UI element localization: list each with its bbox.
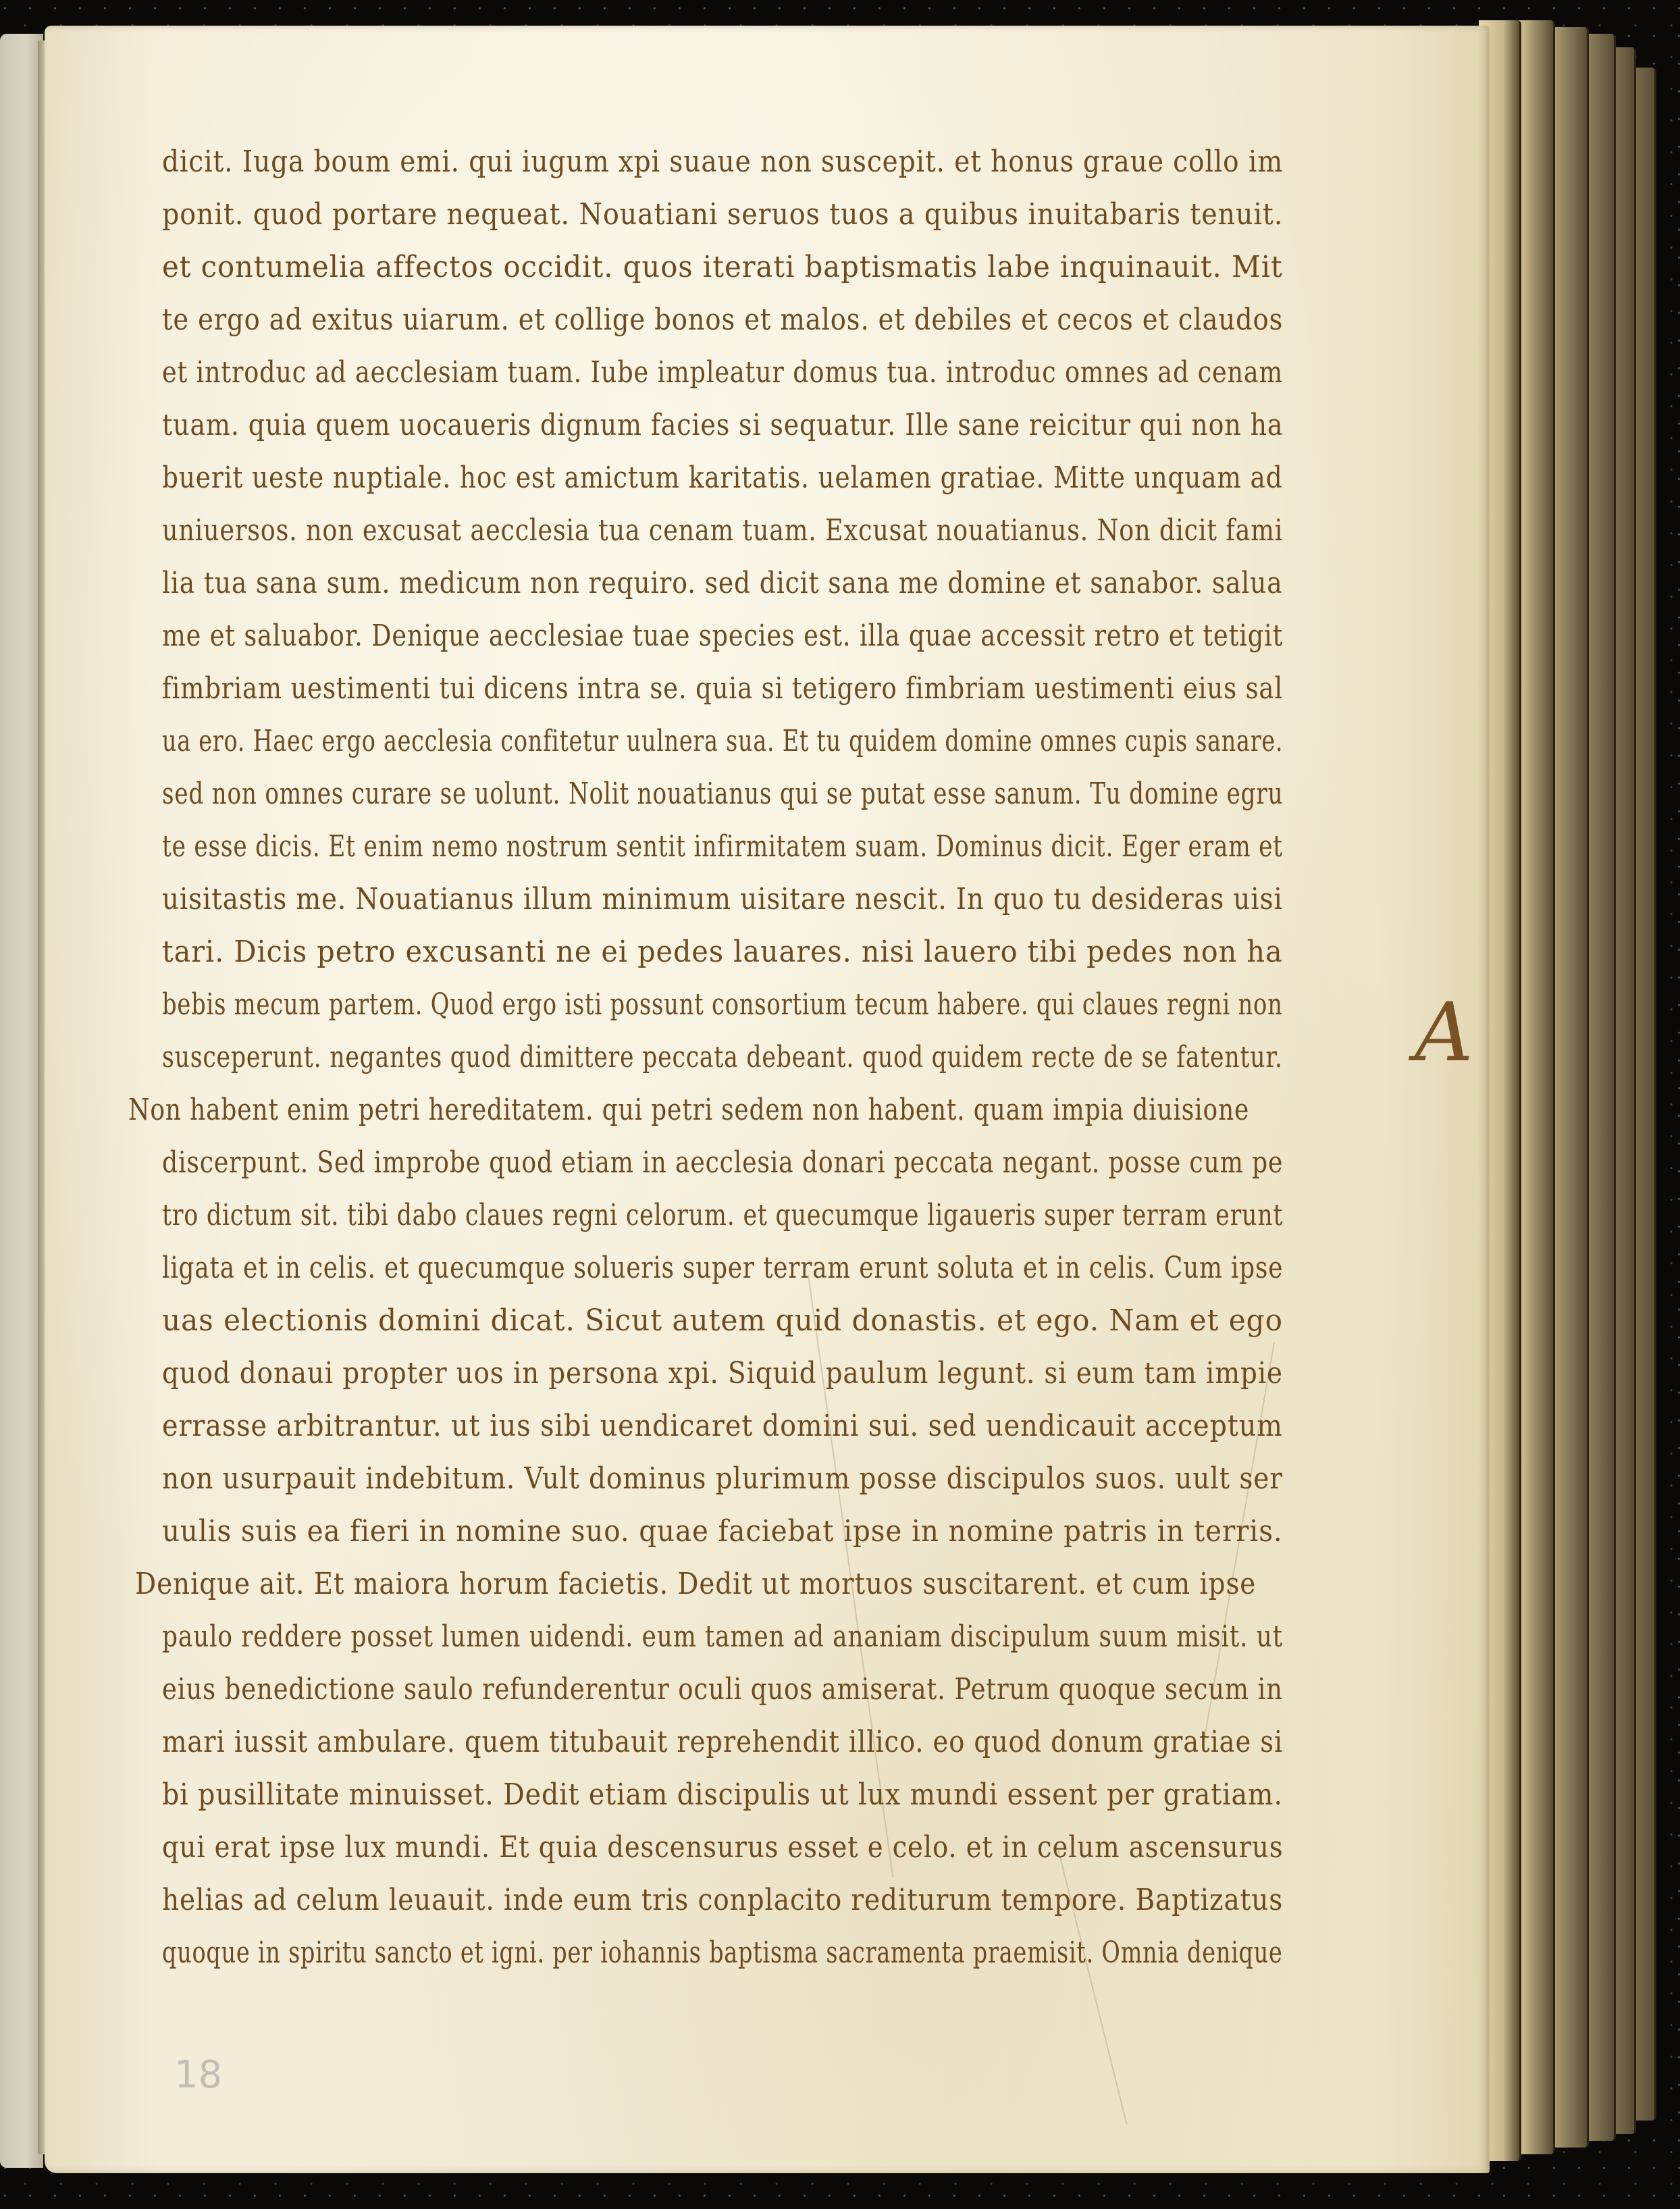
text-line: uulis suis ea fieri in nomine suo. quae …	[162, 1505, 1283, 1559]
text-line: te ergo ad exitus uiarum. et collige bon…	[162, 293, 1283, 347]
text-line: me et saluabor. Denique aecclesiae tuae …	[162, 609, 1283, 663]
text-line: paulo reddere posset lumen uidendi. eum …	[162, 1610, 1283, 1664]
text-line: helias ad celum leuauit. inde eum tris c…	[162, 1873, 1283, 1927]
text-line: bi pusillitate minuisset. Dedit etiam di…	[162, 1768, 1283, 1822]
text-line: ua ero. Haec ergo aecclesia confitetur u…	[162, 714, 1283, 769]
marginal-annotation-mark: A	[1415, 976, 1469, 1091]
text-line: quoque in spiritu sancto et igni. per io…	[162, 1926, 1283, 1980]
text-line: discerpunt. Sed improbe quod etiam in ae…	[162, 1136, 1283, 1190]
text-line: susceperunt. negantes quod dimittere pec…	[162, 1031, 1283, 1085]
text-line: tari. Dicis petro excusanti ne ei pedes …	[162, 925, 1283, 979]
text-line: lia tua sana sum. medicum non requiro. s…	[162, 556, 1283, 610]
text-line: et contumelia affectos occidit. quos ite…	[162, 240, 1283, 294]
text-line: eius benedictione saulo refunderentur oc…	[162, 1663, 1283, 1717]
text-line: et introduc ad aecclesiam tuam. Iube imp…	[162, 346, 1283, 400]
text-line-outdented: Non habent enim petri hereditatem. qui p…	[128, 1083, 1249, 1137]
text-line: qui erat ipse lux mundi. Et quia descens…	[162, 1821, 1283, 1875]
folio-number: 18	[174, 2053, 222, 2097]
text-line: sed non omnes curare se uolunt. Nolit no…	[162, 767, 1283, 821]
text-line: ponit. quod portare nequeat. Nouatiani s…	[162, 188, 1283, 242]
text-line: non usurpauit indebitum. Vult dominus pl…	[162, 1452, 1283, 1506]
text-line: buerit ueste nuptiale. hoc est amictum k…	[162, 451, 1283, 505]
text-line: mari iussit ambulare. quem titubauit rep…	[162, 1715, 1283, 1769]
text-line: te esse dicis. Et enim nemo nostrum sent…	[162, 820, 1283, 874]
text-line: quod donaui propter uos in persona xpi. …	[162, 1347, 1283, 1401]
text-line: uisitastis me. Nouatianus illum minimum …	[162, 873, 1283, 927]
text-line: bebis mecum partem. Quod ergo isti possu…	[162, 978, 1283, 1032]
text-line: errasse arbitrantur. ut ius sibi uendica…	[162, 1399, 1283, 1453]
text-line: uniuersos. non excusat aecclesia tua cen…	[162, 504, 1283, 558]
text-line: uas electionis domini dicat. Sicut autem…	[162, 1294, 1283, 1348]
text-line: tro dictum sit. tibi dabo claues regni c…	[162, 1189, 1283, 1243]
text-line-outdented: Denique ait. Et maiora horum facietis. D…	[135, 1557, 1256, 1611]
page-stack-fore-edge	[1479, 20, 1661, 2161]
text-line: ligata et in celis. et quecumque solueri…	[162, 1241, 1283, 1295]
text-line: tuam. quia quem uocaueris dignum facies …	[162, 398, 1283, 452]
facing-page-edge	[0, 34, 43, 2168]
text-line: dicit. Iuga boum emi. qui iugum xpi suau…	[162, 135, 1283, 189]
text-line: fimbriam uestimenti tui dicens intra se.…	[162, 662, 1283, 716]
